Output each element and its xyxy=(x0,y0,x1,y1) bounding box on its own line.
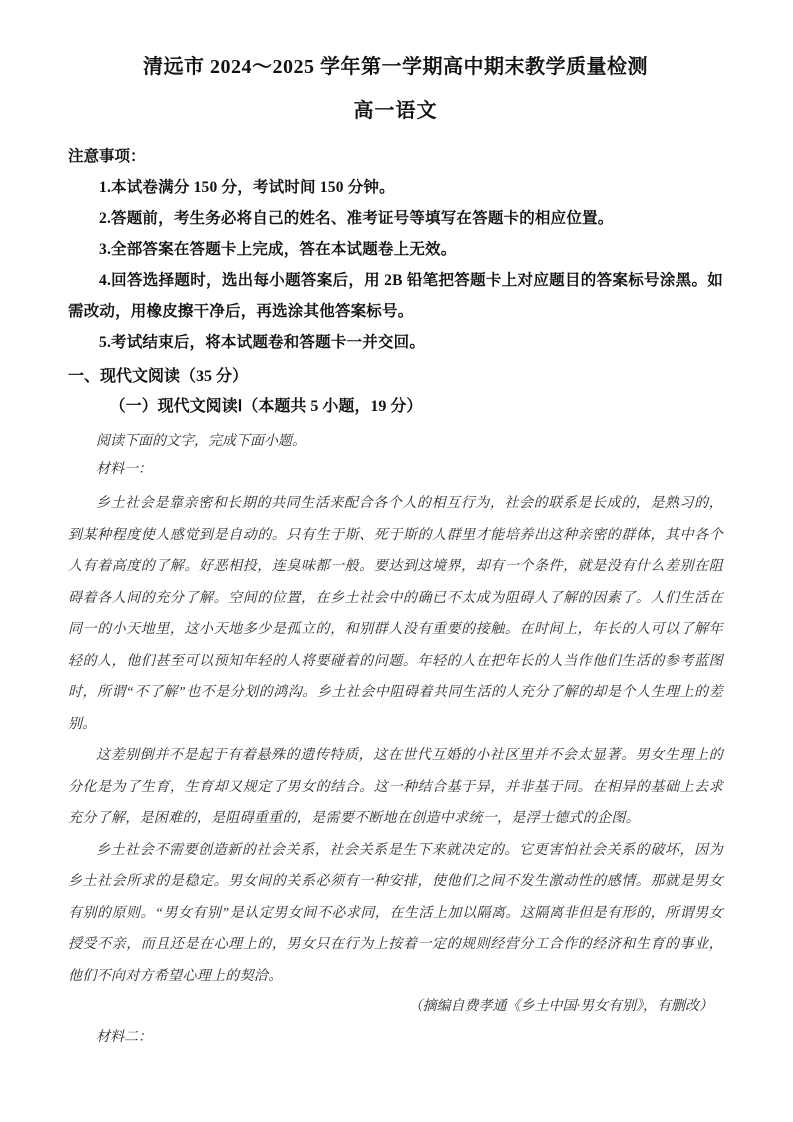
material-two-label: 材料二： xyxy=(68,1024,723,1052)
paper-title: 清远市 2024～2025 学年第一学期高中期末教学质量检测 xyxy=(68,50,723,84)
notice-item-2: 2.答题前，考生务必将自己的姓名、准考证号等填写在答题卡的相应位置。 xyxy=(68,203,723,234)
section-one-heading: 一、现代文阅读（35 分） xyxy=(68,362,723,392)
notice-item-5: 5.考试结束后，将本试题卷和答题卡一并交回。 xyxy=(68,327,723,358)
notice-heading: 注意事项： xyxy=(68,142,723,172)
notice-item-1: 1.本试卷满分 150 分，考试时间 150 分钟。 xyxy=(68,172,723,203)
notice-item-3: 3.全部答案在答题卡上完成，答在本试题卷上无效。 xyxy=(68,234,723,265)
material-one-attribution: （摘编自费孝通《乡土中国·男女有别》，有删改） xyxy=(68,992,723,1022)
material-one-label: 材料一： xyxy=(68,456,723,484)
reading-instruction: 阅读下面的文字，完成下面小题。 xyxy=(68,428,723,456)
paper-subject-title: 高一语文 xyxy=(68,96,723,126)
notice-list: 1.本试卷满分 150 分，考试时间 150 分钟。 2.答题前，考生务必将自己… xyxy=(68,172,723,358)
notice-item-4: 4.回答选择题时，选出每小题答案后，用 2B 铅笔把答题卡上对应题目的答案标号涂… xyxy=(68,265,723,327)
material-one-paragraph-3: 乡土社会不需要创造新的社会关系，社会关系是生下来就决定的。它更害怕社会关系的破坏… xyxy=(68,835,723,993)
material-one-text: 乡土社会是靠亲密和长期的共同生活来配合各个人的相互行为，社会的联系是长成的，是熟… xyxy=(68,488,723,992)
subsection-one-heading: （一）现代文阅读Ⅰ（本题共 5 小题，19 分） xyxy=(68,392,723,422)
material-one-paragraph-1: 乡土社会是靠亲密和长期的共同生活来配合各个人的相互行为，社会的联系是长成的，是熟… xyxy=(68,488,723,740)
material-one-paragraph-2: 这差别倒并不是起于有着悬殊的遗传特质，这在世代互婚的小社区里并不会太显著。男女生… xyxy=(68,740,723,835)
exam-paper-page: 清远市 2024～2025 学年第一学期高中期末教学质量检测 高一语文 注意事项… xyxy=(0,0,793,1122)
